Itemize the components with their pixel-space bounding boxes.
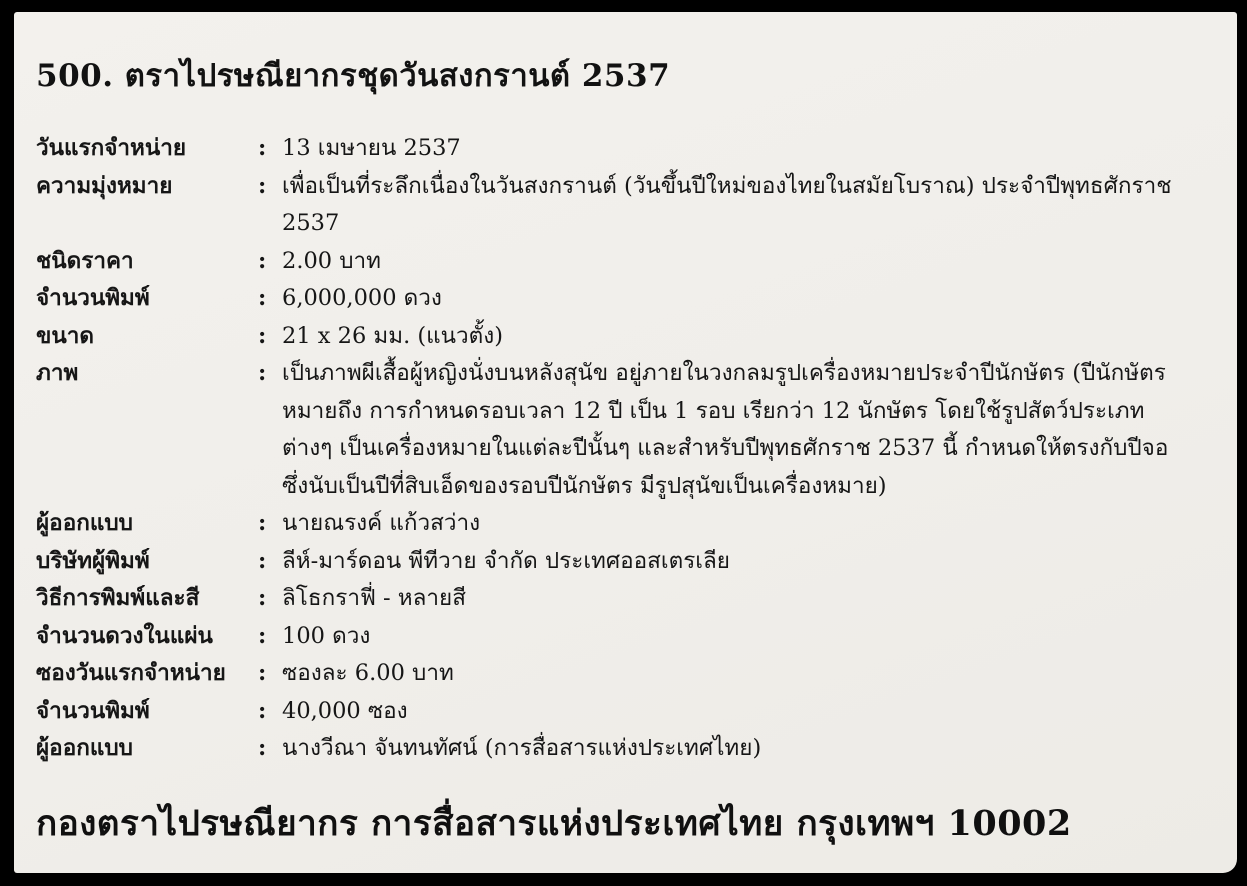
colon-separator: : <box>258 655 282 693</box>
spec-value: เป็นภาพผีเสื้อผู้หญิงนั่งบนหลังสุนัข อยู… <box>282 355 1217 505</box>
colon-separator: : <box>258 243 282 281</box>
spec-label: ภาพ <box>36 355 258 393</box>
spec-row: วิธีการพิมพ์และสี:ลิโธกราฟี่ - หลายสี <box>36 580 1217 618</box>
spec-label: จำนวนพิมพ์ <box>36 693 258 731</box>
spec-label: จำนวนดวงในแผ่น <box>36 618 258 656</box>
colon-separator: : <box>258 618 282 656</box>
spec-value: 2.00 บาท <box>282 243 1217 281</box>
stamp-info-card: 500. ตราไปรษณียากรชุดวันสงกรานต์ 2537 วั… <box>14 12 1237 873</box>
spec-label: ผู้ออกแบบ <box>36 730 258 768</box>
spec-label: จำนวนพิมพ์ <box>36 280 258 318</box>
colon-separator: : <box>258 505 282 543</box>
spec-row: จำนวนดวงในแผ่น:100 ดวง <box>36 618 1217 656</box>
spec-row: ขนาด:21 x 26 มม. (แนวตั้ง) <box>36 318 1217 356</box>
spec-row: ภาพ:เป็นภาพผีเสื้อผู้หญิงนั่งบนหลังสุนัข… <box>36 355 1217 505</box>
spec-value: 40,000 ซอง <box>282 693 1217 731</box>
spec-row: ความมุ่งหมาย:เพื่อเป็นที่ระลึกเนื่องในวั… <box>36 168 1217 243</box>
spec-value: 21 x 26 มม. (แนวตั้ง) <box>282 318 1217 356</box>
spec-row: ซองวันแรกจำหน่าย:ซองละ 6.00 บาท <box>36 655 1217 693</box>
spec-value: ลีห์-มาร์ดอน พีทีวาย จำกัด ประเทศออสเตรเ… <box>282 543 1217 581</box>
spec-label: ความมุ่งหมาย <box>36 168 258 206</box>
spec-value: 6,000,000 ดวง <box>282 280 1217 318</box>
spec-label: ผู้ออกแบบ <box>36 505 258 543</box>
spec-value: ซองละ 6.00 บาท <box>282 655 1217 693</box>
spec-value: 100 ดวง <box>282 618 1217 656</box>
page-title: 500. ตราไปรษณียากรชุดวันสงกรานต์ 2537 <box>36 50 1217 100</box>
spec-label: ซองวันแรกจำหน่าย <box>36 655 258 693</box>
colon-separator: : <box>258 580 282 618</box>
spec-value: นางวีณา จันทนทัศน์ (การสื่อสารแห่งประเทศ… <box>282 730 1217 768</box>
spec-label: วิธีการพิมพ์และสี <box>36 580 258 618</box>
colon-separator: : <box>258 130 282 168</box>
colon-separator: : <box>258 168 282 206</box>
spec-row: บริษัทผู้พิมพ์:ลีห์-มาร์ดอน พีทีวาย จำกั… <box>36 543 1217 581</box>
spec-label: บริษัทผู้พิมพ์ <box>36 543 258 581</box>
spec-value: ลิโธกราฟี่ - หลายสี <box>282 580 1217 618</box>
spec-value: นายณรงค์ แก้วสว่าง <box>282 505 1217 543</box>
colon-separator: : <box>258 355 282 393</box>
spec-row: จำนวนพิมพ์:6,000,000 ดวง <box>36 280 1217 318</box>
spec-row: ชนิดราคา:2.00 บาท <box>36 243 1217 281</box>
spec-label: ขนาด <box>36 318 258 356</box>
colon-separator: : <box>258 730 282 768</box>
spec-list: วันแรกจำหน่าย:13 เมษายน 2537ความมุ่งหมาย… <box>36 130 1217 768</box>
black-border-frame: 500. ตราไปรษณียากรชุดวันสงกรานต์ 2537 วั… <box>0 0 1247 886</box>
spec-value: เพื่อเป็นที่ระลึกเนื่องในวันสงกรานต์ (วั… <box>282 168 1217 243</box>
spec-value: 13 เมษายน 2537 <box>282 130 1217 168</box>
spec-row: วันแรกจำหน่าย:13 เมษายน 2537 <box>36 130 1217 168</box>
colon-separator: : <box>258 693 282 731</box>
spec-row: ผู้ออกแบบ:นางวีณา จันทนทัศน์ (การสื่อสาร… <box>36 730 1217 768</box>
issuer-footer: กองตราไปรษณียากร การสื่อสารแห่งประเทศไทย… <box>36 796 1217 851</box>
spec-label: วันแรกจำหน่าย <box>36 130 258 168</box>
spec-label: ชนิดราคา <box>36 243 258 281</box>
colon-separator: : <box>258 318 282 356</box>
colon-separator: : <box>258 543 282 581</box>
colon-separator: : <box>258 280 282 318</box>
spec-row: จำนวนพิมพ์:40,000 ซอง <box>36 693 1217 731</box>
spec-row: ผู้ออกแบบ:นายณรงค์ แก้วสว่าง <box>36 505 1217 543</box>
